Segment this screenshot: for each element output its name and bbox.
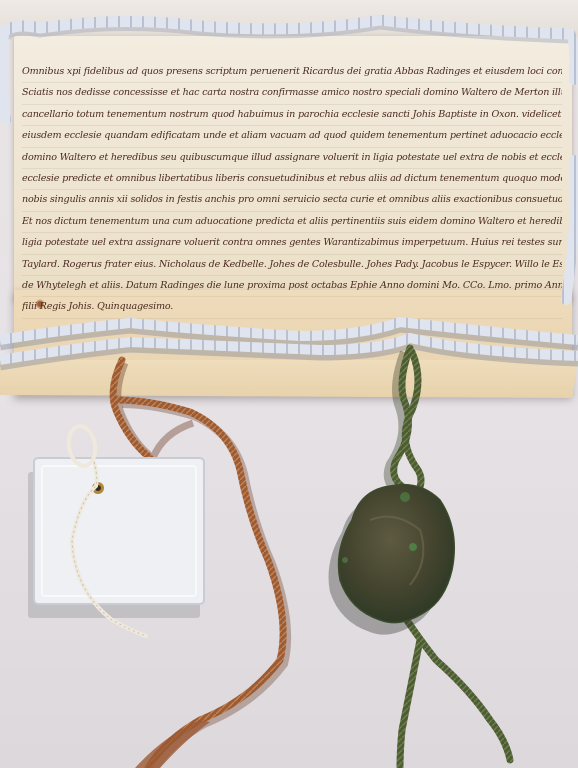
wax-seal	[329, 485, 455, 635]
retaining-cord-middle	[0, 322, 578, 365]
retaining-cord-top	[2, 20, 575, 300]
seal-protective-bag	[28, 458, 204, 618]
artifacts-layer	[0, 0, 578, 768]
frayed-cord-end	[135, 720, 210, 768]
